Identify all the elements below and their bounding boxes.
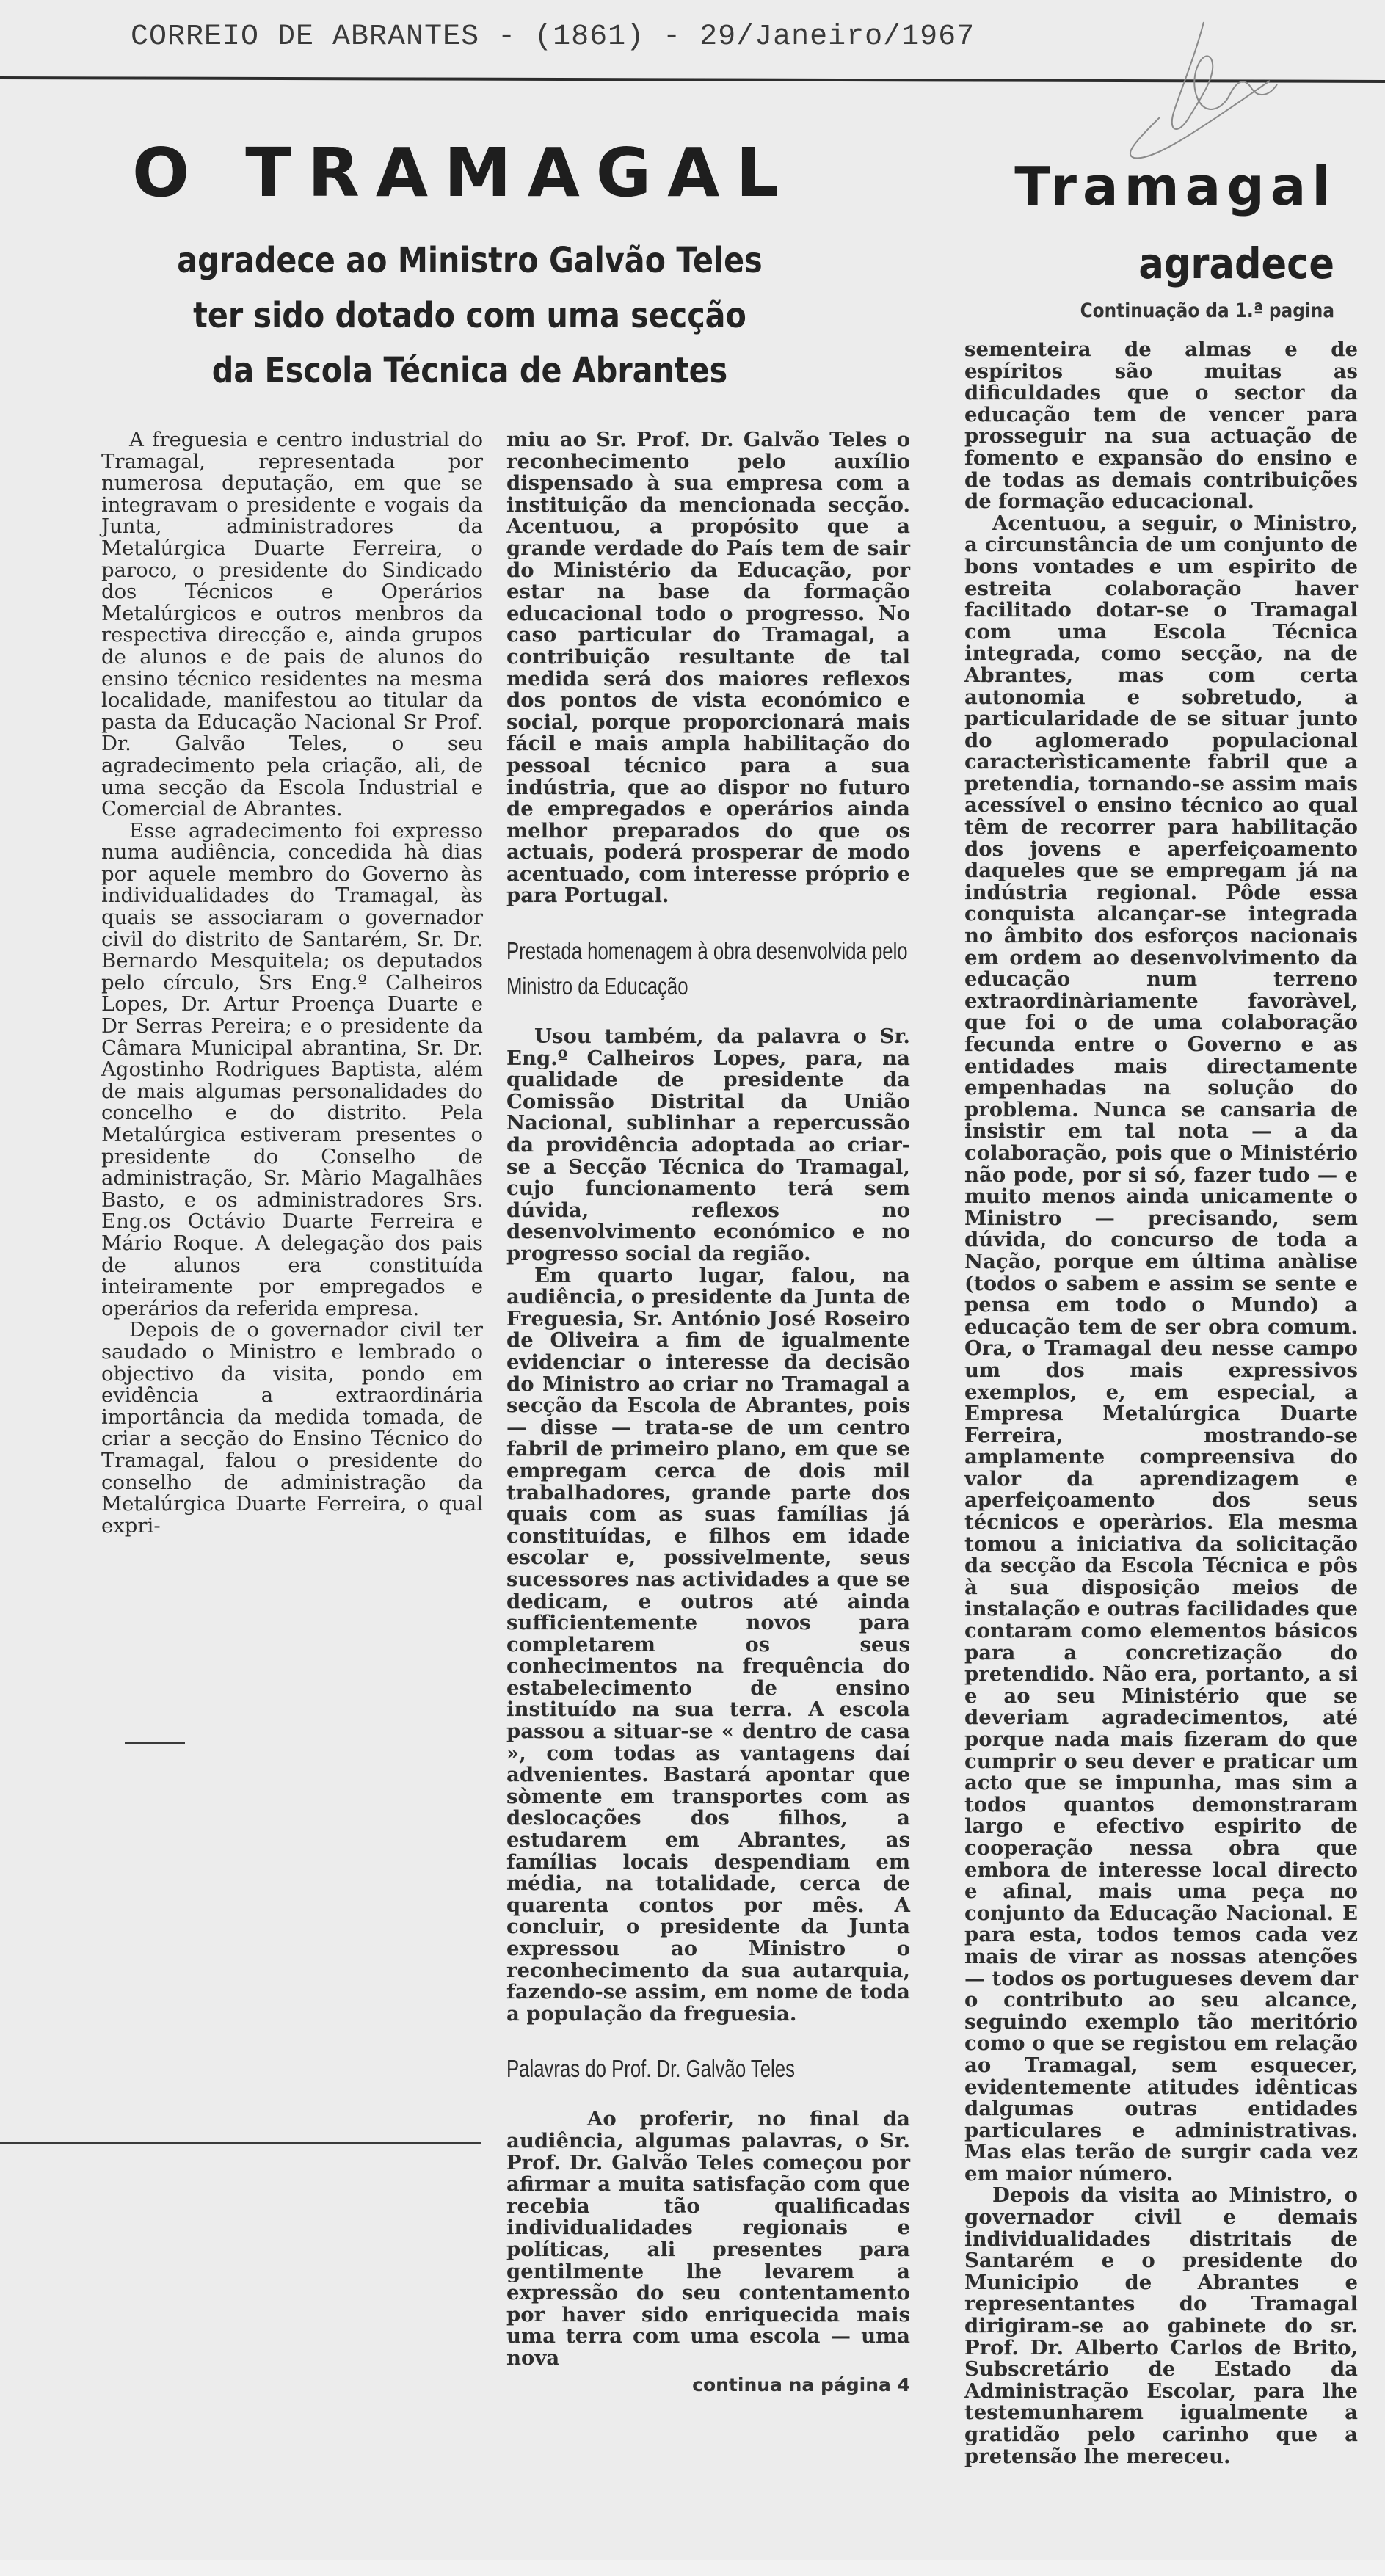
section-heading: Prestada homenagem à obra desenvolvida p…: [506, 934, 909, 1004]
paragraph: Acentuou, a seguir, o Ministro, a circun…: [964, 513, 1358, 2186]
short-divider: [125, 1742, 185, 1744]
paragraph: Depois de o governador civil ter saudado…: [101, 1320, 483, 1537]
paragraph: Esse agradecimento foi expresso numa aud…: [101, 821, 483, 1320]
continuation-label: Continuação da 1.ª pagina: [1026, 299, 1334, 322]
paragraph: Em quarto lugar, falou, na audiência, o …: [506, 1265, 910, 2026]
section-heading: Palavras do Prof. Dr. Galvão Teles: [506, 2051, 909, 2086]
headline-main: O TRAMAGAL: [132, 134, 829, 212]
headline-right-sub: agradece: [1000, 239, 1334, 288]
column-2: miu ao Sr. Prof. Dr. Galvão Teles o reco…: [506, 429, 910, 2395]
column-3: sementeira de almas e de espíritos são m…: [964, 339, 1358, 2467]
headline-right: Tramagal: [954, 156, 1336, 217]
paragraph: Depois da visita ao Ministro, o governad…: [964, 2185, 1358, 2467]
subheadline-line: ter sido dotado com uma secção: [142, 288, 798, 343]
subheadline-line: agradece ao Ministro Galvão Teles: [142, 233, 798, 288]
continued-note: continua na página 4: [506, 2374, 910, 2396]
paragraph: Ao proferir, no final da audiência, algu…: [506, 2109, 910, 2369]
paragraph: A freguesia e centro industrial do Trama…: [101, 429, 483, 821]
subheadline-line: da Escola Técnica de Abrantes: [142, 343, 798, 399]
paragraph: Usou também, da palavra o Sr. Eng.º Calh…: [506, 1026, 910, 1265]
signature-icon: [1094, 7, 1314, 169]
masthead: CORREIO DE ABRANTES - (1861) - 29/Janeir…: [131, 21, 975, 54]
subheadline: agradece ao Ministro Galvão Teles ter si…: [142, 233, 798, 399]
paragraph: sementeira de almas e de espíritos são m…: [964, 339, 1358, 513]
section-divider: [0, 2142, 481, 2144]
column-1: A freguesia e centro industrial do Trama…: [101, 429, 483, 1537]
paragraph: miu ao Sr. Prof. Dr. Galvão Teles o reco…: [506, 429, 910, 907]
newspaper-clipping: CORREIO DE ABRANTES - (1861) - 29/Janeir…: [0, 0, 1385, 2560]
